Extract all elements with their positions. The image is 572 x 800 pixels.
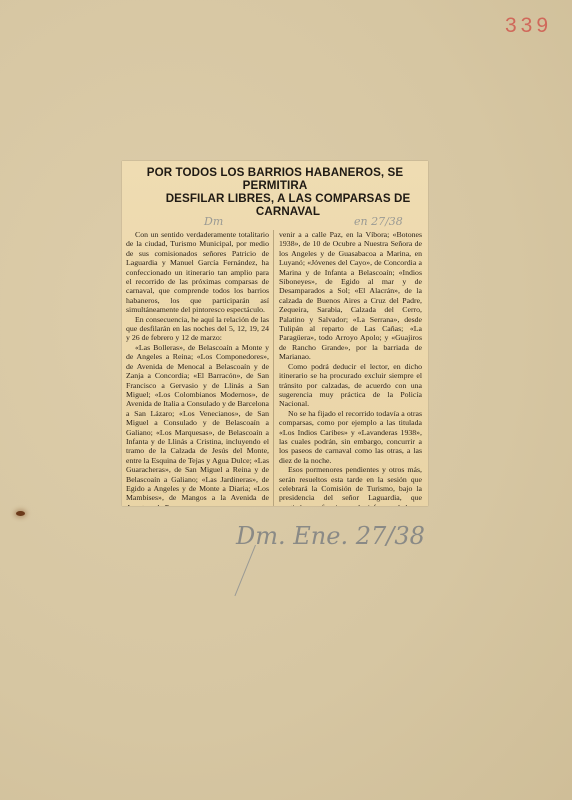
page-number: 339 <box>505 14 552 38</box>
newspaper-clipping: POR TODOS LOS BARRIOS HABANEROS, SE PERM… <box>122 161 428 506</box>
headline-line-1: POR TODOS LOS BARRIOS HABANEROS, SE PERM… <box>147 166 403 192</box>
handwritten-note: Dm. Ene. 27/38 <box>236 510 446 612</box>
annotation-date: en 27/38 <box>354 215 403 228</box>
paragraph: En consecuencia, he aquí la relación de … <box>126 315 269 343</box>
header-annotation: Dm en 27/38 <box>122 218 428 230</box>
article-columns: Con un sentido verdaderamente totalitari… <box>126 230 424 506</box>
margin-marks <box>116 345 120 505</box>
right-column: venir a a calle Paz, en la Víbora; «Boto… <box>274 230 422 506</box>
ink-stain <box>16 511 25 516</box>
left-column: Con un sentido verdaderamente totalitari… <box>126 230 274 506</box>
paragraph: Esos pormenores pendientes y otros más, … <box>279 465 422 506</box>
paragraph: venir a a calle Paz, en la Víbora; «Boto… <box>279 230 422 362</box>
annotation-initials: Dm <box>204 215 223 228</box>
paragraph: Como podrá deducir el lector, en dicho i… <box>279 362 422 409</box>
headline: POR TODOS LOS BARRIOS HABANEROS, SE PERM… <box>126 166 424 218</box>
paragraph: Con un sentido verdaderamente totalitari… <box>126 230 269 315</box>
paragraph: «Las Bolleras», de Belascoaín a Monte y … <box>126 343 269 506</box>
paragraph: No se ha fijado el recorrido todavía a o… <box>279 409 422 465</box>
